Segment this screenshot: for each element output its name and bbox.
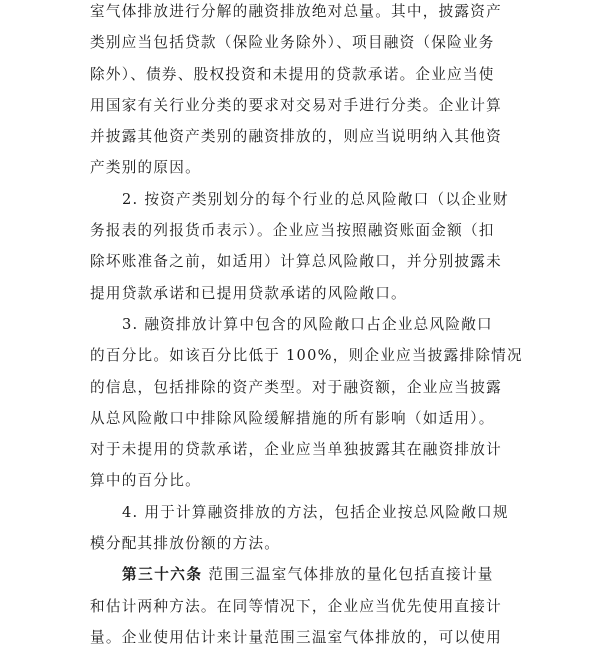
text-line: 3. 融资排放计算中包含的风险敞口占企业总风险敞口 — [90, 309, 506, 340]
text-line: 对于未提用的贷款承诺，企业应当单独披露其在融资排放计 — [90, 434, 506, 465]
document-page: 室气体排放进行分解的融资排放绝对总量。其中，披露资产 类别应当包括贷款（保险业务… — [90, 0, 506, 653]
text-line: 的信息，包括排除的资产类型。对于融资额，企业应当披露 — [90, 372, 506, 403]
text-line: 用国家有关行业分类的要求对交易对手进行分类。企业计算 — [90, 90, 506, 121]
text-line: 除外）、债券、股权投资和未提用的贷款承诺。企业应当使 — [90, 59, 506, 90]
text-line: 量。企业使用估计来计量范围三温室气体排放的，可以使用 — [90, 622, 506, 653]
text-line: 除坏账准备之前，如适用）计算总风险敞口，并分别披露未 — [90, 246, 506, 277]
article-36: 第三十六条 范围三温室气体排放的量化包括直接计量 和估计两种方法。在同等情况下，… — [90, 559, 506, 653]
text-line: 第三十六条 范围三温室气体排放的量化包括直接计量 — [90, 559, 506, 590]
text-line: 产类别的原因。 — [90, 152, 506, 183]
text-line: 4. 用于计算融资排放的方法，包括企业按总风险敞口规 — [90, 497, 506, 528]
paragraph-continuation: 室气体排放进行分解的融资排放绝对总量。其中，披露资产 类别应当包括贷款（保险业务… — [90, 0, 506, 184]
text-line: 提用贷款承诺和已提用贷款承诺的风险敞口。 — [90, 278, 506, 309]
text-line: 和估计两种方法。在同等情况下，企业应当优先使用直接计 — [90, 591, 506, 622]
article-first-line: 范围三温室气体排放的量化包括直接计量 — [202, 566, 493, 583]
paragraph-item-3: 3. 融资排放计算中包含的风险敞口占企业总风险敞口 的百分比。如该百分比低于 1… — [90, 309, 506, 497]
article-heading: 第三十六条 — [122, 566, 202, 583]
text-line: 并披露其他资产类别的融资排放的，则应当说明纳入其他资 — [90, 121, 506, 152]
text-line: 的百分比。如该百分比低于 100%，则企业应当披露排除情况 — [90, 340, 506, 371]
paragraph-item-2: 2. 按资产类别划分的每个行业的总风险敞口（以企业财 务报表的列报货币表示）。企… — [90, 184, 506, 309]
text-line: 2. 按资产类别划分的每个行业的总风险敞口（以企业财 — [90, 184, 506, 215]
text-line: 类别应当包括贷款（保险业务除外）、项目融资（保险业务 — [90, 27, 506, 58]
text-line: 务报表的列报货币表示）。企业应当按照融资账面金额（扣 — [90, 215, 506, 246]
text-line: 室气体排放进行分解的融资排放绝对总量。其中，披露资产 — [90, 0, 506, 27]
text-line: 从总风险敞口中排除风险缓解措施的所有影响（如适用）。 — [90, 403, 506, 434]
text-line: 算中的百分比。 — [90, 465, 506, 496]
text-line: 模分配其排放份额的方法。 — [90, 528, 506, 559]
paragraph-item-4: 4. 用于计算融资排放的方法，包括企业按总风险敞口规 模分配其排放份额的方法。 — [90, 497, 506, 560]
